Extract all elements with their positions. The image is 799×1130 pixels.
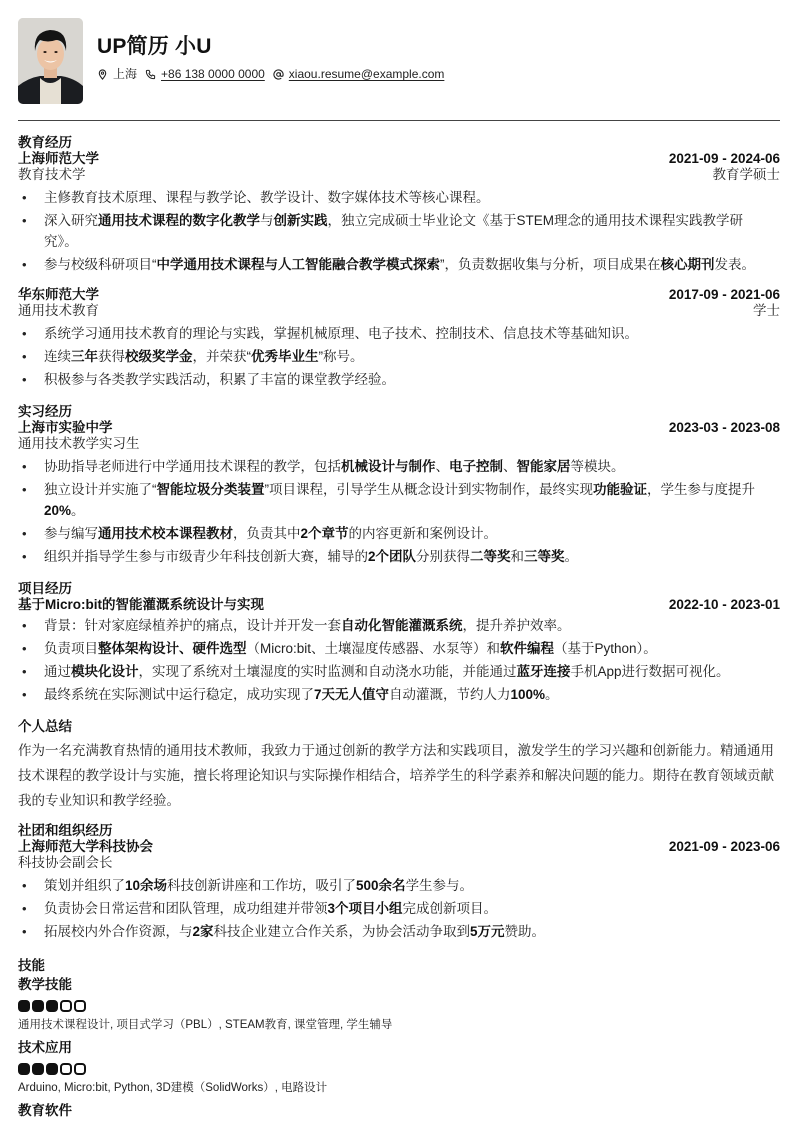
resume-page: UP简历 小U 上海 +86 138 0000 0000 xiaou.resum…: [0, 0, 799, 1120]
bullet-item: 参与校级科研项目“中学通用技术课程与人工智能融合教学模式探索”，负责数据收集与分…: [18, 254, 780, 275]
bullet-item: 通过模块化设计，实现了系统对土壤湿度的实时监测和自动浇水功能，并能通过蓝牙连接手…: [18, 661, 780, 682]
major: 通用技术教育: [18, 303, 99, 319]
header-info: UP简历 小U 上海 +86 138 0000 0000 xiaou.resum…: [97, 18, 452, 83]
rating-dot-empty-icon: [60, 1000, 72, 1012]
major: 教育技术学: [18, 167, 86, 183]
bullet-item: 连续三年获得校级奖学金，并荣获“优秀毕业生”称号。: [18, 346, 780, 367]
project-name: 基于Micro:bit的智能灌溉系统设计与实现: [18, 597, 264, 613]
skill-name: 技术应用: [18, 1039, 780, 1057]
resume-header: UP简历 小U 上海 +86 138 0000 0000 xiaou.resum…: [18, 18, 780, 104]
rating-dot-filled-icon: [46, 1063, 58, 1075]
club-entry: 上海师范大学科技协会2021-09 - 2023-06 科技协会副会长 策划并组…: [18, 839, 780, 942]
section-title: 实习经历: [18, 404, 780, 420]
section-internship: 实习经历 上海市实验中学2023-03 - 2023-08 通用技术教学实习生 …: [18, 404, 780, 567]
section-clubs: 社团和组织经历 上海师范大学科技协会2021-09 - 2023-06 科技协会…: [18, 823, 780, 942]
skill-item: 教学技能 通用技术课程设计, 项目式学习（PBL）, STEAM教育, 课堂管理…: [18, 976, 780, 1033]
at-sign-icon: [273, 69, 284, 80]
phone-icon: [145, 69, 156, 80]
rating-dot-filled-icon: [46, 1000, 58, 1012]
bullet-list: 主修教育技术原理、课程与教学论、教学设计、数字媒体技术等核心课程。深入研究通用技…: [18, 187, 780, 275]
date-range: 2017-09 - 2021-06: [669, 287, 780, 303]
skill-item: 技术应用 Arduino, Micro:bit, Python, 3D建模（So…: [18, 1039, 780, 1096]
rating-dot-filled-icon: [18, 1063, 30, 1075]
date-range: 2021-09 - 2023-06: [669, 839, 780, 855]
job-role: 通用技术教学实习生: [18, 436, 140, 452]
skill-name: 教育软件: [18, 1102, 780, 1120]
skill-description: 通用技术课程设计, 项目式学习（PBL）, STEAM教育, 课堂管理, 学生辅…: [18, 1017, 780, 1033]
project-entry: 基于Micro:bit的智能灌溉系统设计与实现2022-10 - 2023-01…: [18, 597, 780, 705]
bullet-item: 系统学习通用技术教育的理论与实践，掌握机械原理、电子技术、控制技术、信息技术等基…: [18, 323, 780, 344]
date-range: 2023-03 - 2023-08: [669, 420, 780, 436]
bullet-item: 参与编写通用技术校本课程教材，负责其中2个章节的内容更新和案例设计。: [18, 523, 780, 544]
internship-entry: 上海市实验中学2023-03 - 2023-08 通用技术教学实习生 协助指导老…: [18, 420, 780, 567]
email-link[interactable]: xiaou.resume@example.com: [289, 66, 445, 83]
rating-dot-empty-icon: [74, 1000, 86, 1012]
rating-dot-empty-icon: [60, 1063, 72, 1075]
bullet-item: 主修教育技术原理、课程与教学论、教学设计、数字媒体技术等核心课程。: [18, 187, 780, 208]
bullet-item: 策划并组织了10余场科技创新讲座和工作坊，吸引了500余名学生参与。: [18, 875, 780, 896]
bullet-list: 协助指导老师进行中学通用技术课程的教学，包括机械设计与制作、电子控制、智能家居等…: [18, 456, 780, 567]
summary-text: 作为一名充满教育热情的通用技术教师，我致力于通过创新的教学方法和实践项目，激发学…: [18, 738, 780, 813]
school-name: 华东师范大学: [18, 287, 99, 303]
bullet-item: 背景：针对家庭绿植养护的痛点，设计并开发一套自动化智能灌溉系统，提升养护效率。: [18, 615, 780, 636]
candidate-name: UP简历 小U: [97, 33, 452, 61]
bullet-item: 最终系统在实际测试中运行稳定，成功实现了7天无人值守自动灌溉，节约人力100%。: [18, 684, 780, 705]
location-text: 上海: [113, 66, 137, 83]
header-divider: [18, 120, 780, 121]
section-projects: 项目经历 基于Micro:bit的智能灌溉系统设计与实现2022-10 - 20…: [18, 581, 780, 705]
map-pin-icon: [97, 69, 108, 80]
degree: 教育学硕士: [713, 167, 781, 183]
company-name: 上海市实验中学: [18, 420, 113, 436]
section-title: 教育经历: [18, 135, 780, 151]
date-range: 2021-09 - 2024-06: [669, 151, 780, 167]
bullet-item: 深入研究通用技术课程的数字化教学与创新实践，独立完成硕士毕业论文《基于STEM理…: [18, 210, 780, 252]
section-education: 教育经历 上海师范大学2021-09 - 2024-06 教育技术学教育学硕士 …: [18, 135, 780, 390]
bullet-list: 背景：针对家庭绿植养护的痛点，设计并开发一套自动化智能灌溉系统，提升养护效率。负…: [18, 615, 780, 705]
avatar-image: [18, 18, 83, 104]
section-summary: 个人总结 作为一名充满教育热情的通用技术教师，我致力于通过创新的教学方法和实践项…: [18, 719, 780, 813]
section-title: 社团和组织经历: [18, 823, 780, 839]
phone-link[interactable]: +86 138 0000 0000: [161, 66, 265, 83]
degree: 学士: [753, 303, 780, 319]
date-range: 2022-10 - 2023-01: [669, 597, 780, 613]
section-title: 项目经历: [18, 581, 780, 597]
contact-phone: +86 138 0000 0000: [145, 66, 265, 83]
bullet-list: 策划并组织了10余场科技创新讲座和工作坊，吸引了500余名学生参与。负责协会日常…: [18, 875, 780, 942]
bullet-item: 组织并指导学生参与市级青少年科技创新大赛，辅导的2个团队分别获得二等奖和三等奖。: [18, 546, 780, 567]
club-role: 科技协会副会长: [18, 855, 113, 871]
rating-dot-filled-icon: [32, 1000, 44, 1012]
skill-rating: [18, 999, 780, 1013]
contact-row: 上海 +86 138 0000 0000 xiaou.resume@exampl…: [97, 66, 452, 83]
education-entry: 华东师范大学2017-09 - 2021-06 通用技术教育学士 系统学习通用技…: [18, 287, 780, 390]
club-name: 上海师范大学科技协会: [18, 839, 153, 855]
bullet-item: 负责项目整体架构设计、硬件选型（Micro:bit、土壤湿度传感器、水泵等）和软…: [18, 638, 780, 659]
rating-dot-filled-icon: [32, 1063, 44, 1075]
bullet-item: 负责协会日常运营和团队管理，成功组建并带领3个项目小组完成创新项目。: [18, 898, 780, 919]
education-entry: 上海师范大学2021-09 - 2024-06 教育技术学教育学硕士 主修教育技…: [18, 151, 780, 275]
skill-name: 教学技能: [18, 976, 780, 994]
profile-photo: [18, 18, 83, 104]
bullet-list: 系统学习通用技术教育的理论与实践，掌握机械原理、电子技术、控制技术、信息技术等基…: [18, 323, 780, 390]
bullet-item: 协助指导老师进行中学通用技术课程的教学，包括机械设计与制作、电子控制、智能家居等…: [18, 456, 780, 477]
section-title: 技能: [18, 958, 780, 974]
section-skills: 技能 教学技能 通用技术课程设计, 项目式学习（PBL）, STEAM教育, 课…: [18, 958, 780, 1120]
skill-description: Arduino, Micro:bit, Python, 3D建模（SolidWo…: [18, 1080, 780, 1096]
contact-location: 上海: [97, 66, 137, 83]
bullet-item: 积极参与各类教学实践活动，积累了丰富的课堂教学经验。: [18, 369, 780, 390]
skill-rating: [18, 1062, 780, 1076]
contact-email: xiaou.resume@example.com: [273, 66, 445, 83]
rating-dot-filled-icon: [18, 1000, 30, 1012]
skill-item: 教育软件: [18, 1102, 780, 1120]
bullet-item: 独立设计并实施了“智能垃圾分类装置”项目课程，引导学生从概念设计到实物制作，最终…: [18, 479, 780, 521]
bullet-item: 拓展校内外合作资源，与2家科技企业建立合作关系，为协会活动争取到5万元赞助。: [18, 921, 780, 942]
school-name: 上海师范大学: [18, 151, 99, 167]
rating-dot-empty-icon: [74, 1063, 86, 1075]
section-title: 个人总结: [18, 719, 780, 735]
